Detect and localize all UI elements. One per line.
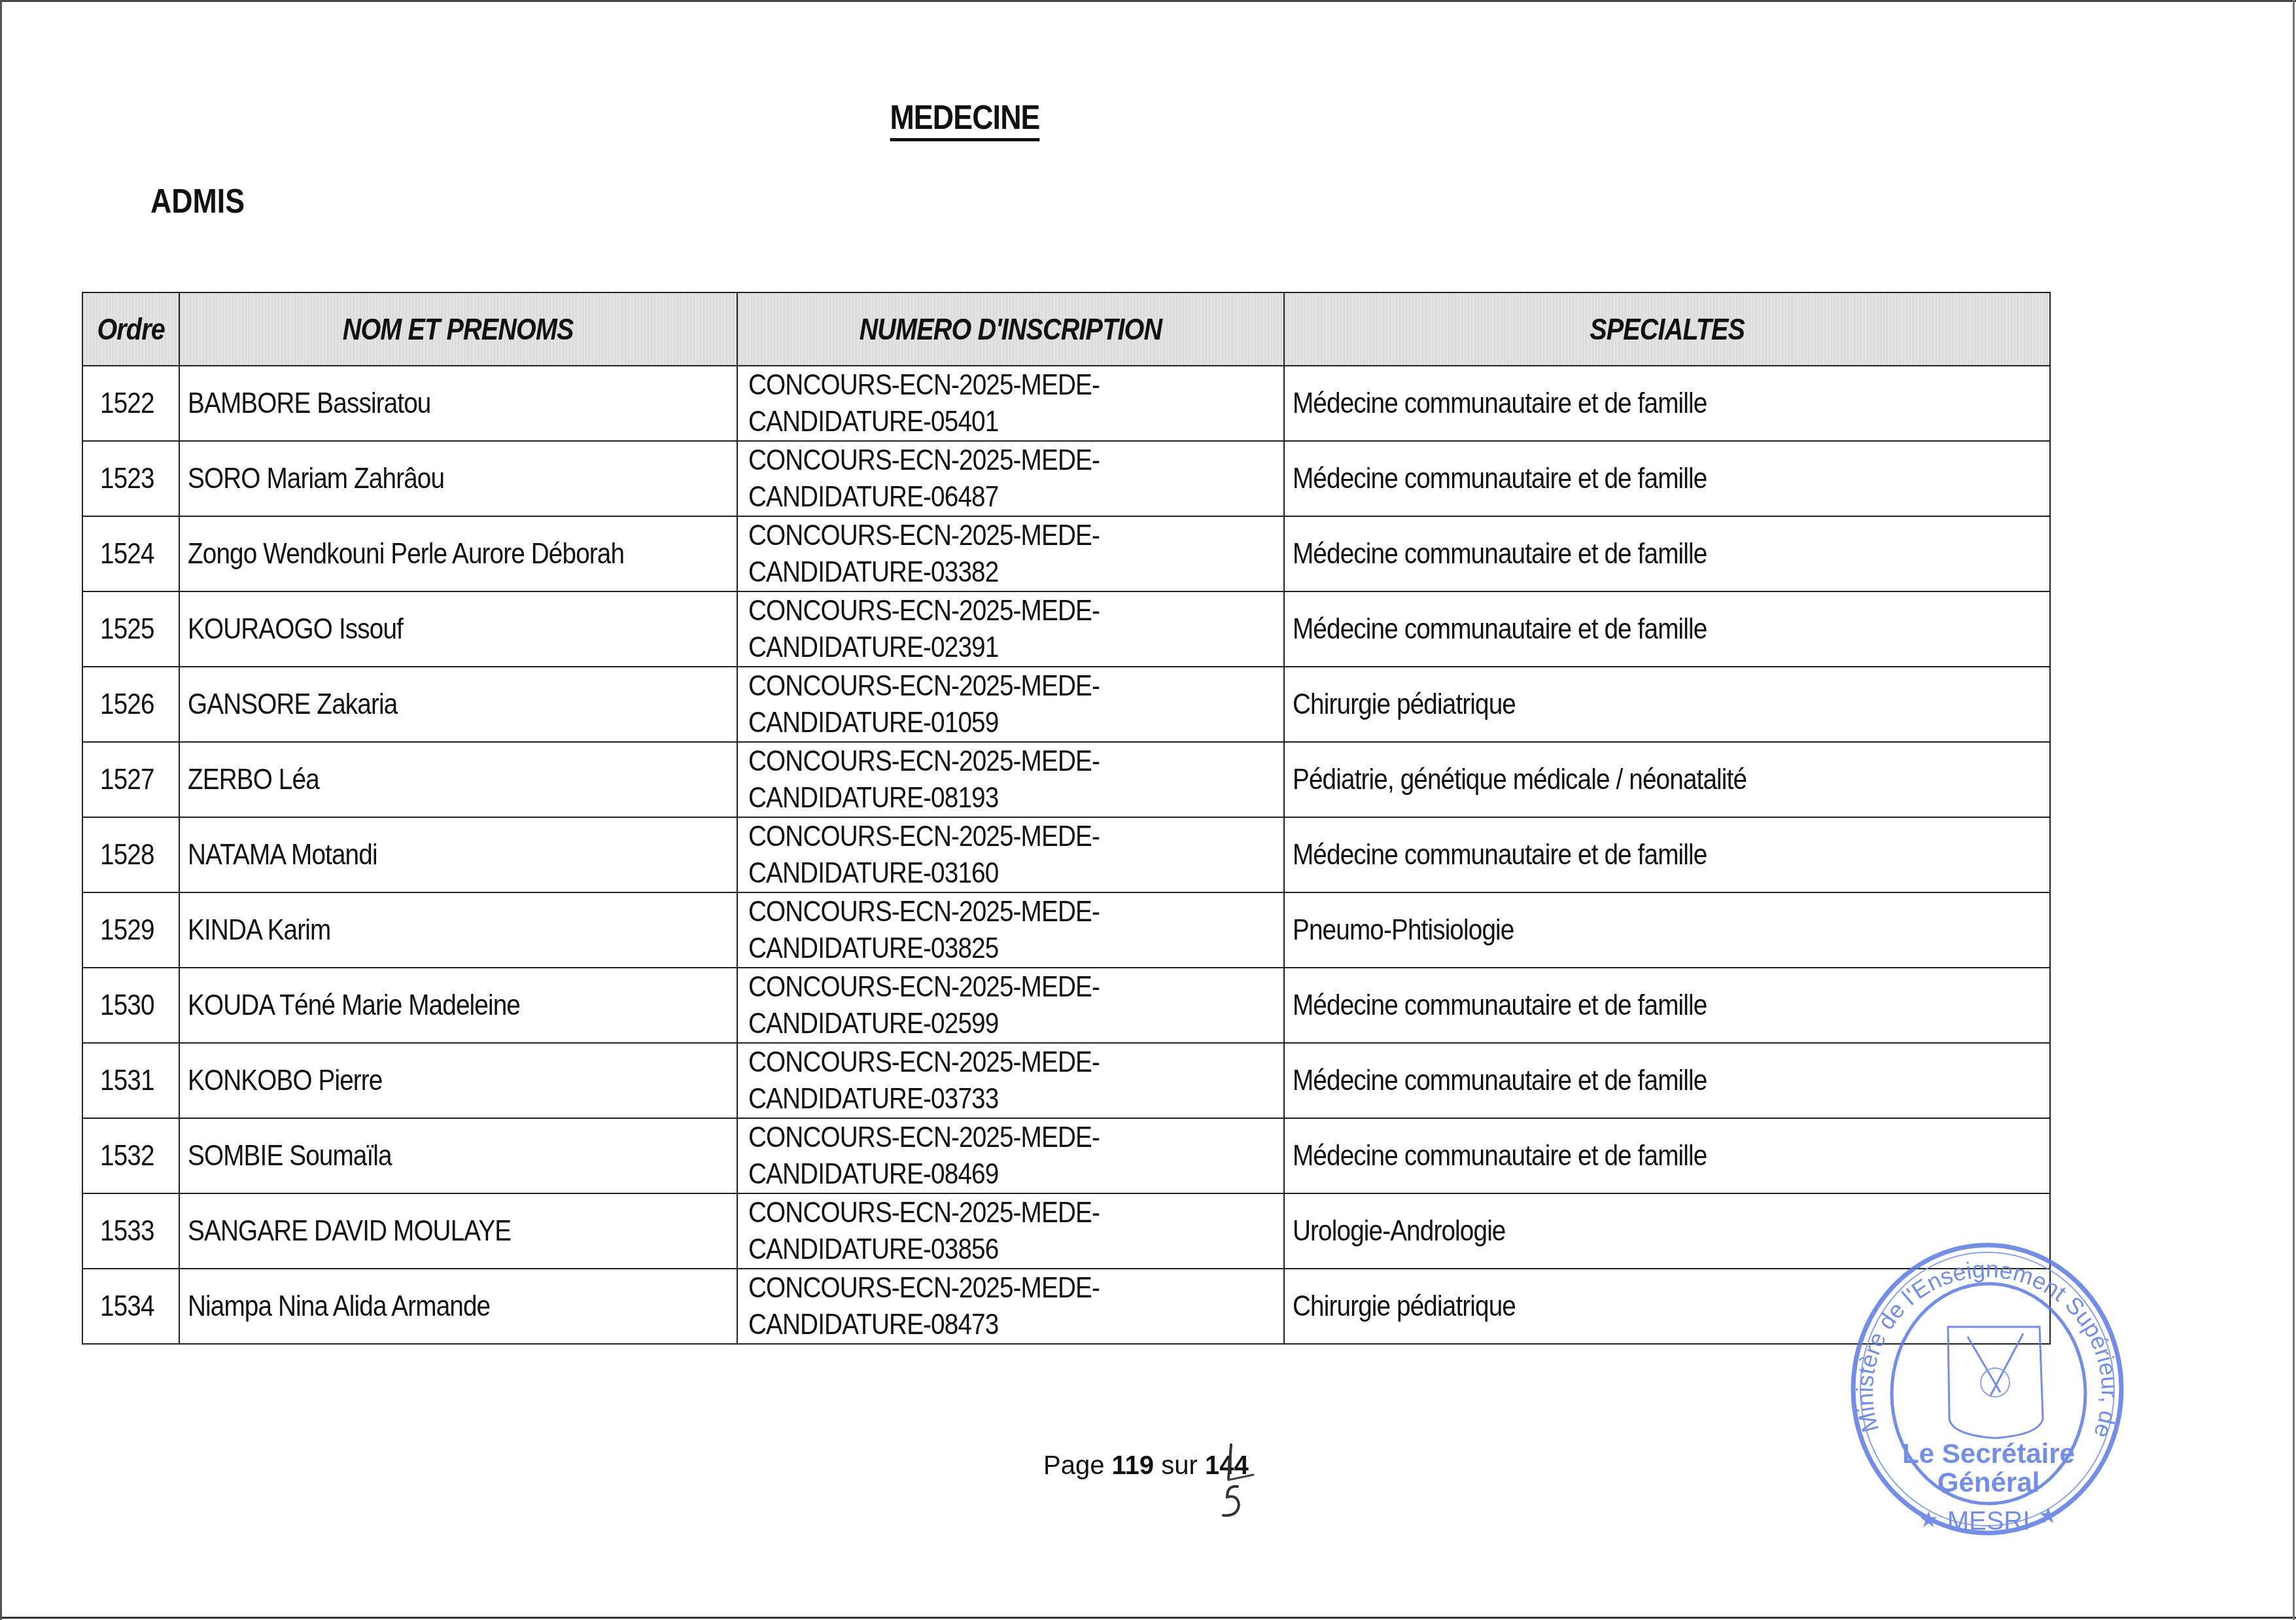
cell-ordre: 1526 — [82, 667, 179, 742]
table-row: 1531KONKOBO PierreCONCOURS-ECN-2025-MEDE… — [82, 1043, 2050, 1118]
cell-nom: Niampa Nina Alida Armande — [179, 1269, 737, 1344]
ordre-value: 1531 — [100, 1063, 154, 1099]
table-row: 1533SANGARE DAVID MOULAYECONCOURS-ECN-20… — [82, 1193, 2050, 1269]
registration-number-line1: CONCOURS-ECN-2025-MEDE- — [748, 593, 1100, 629]
cell-nom: SORO Mariam Zahrâou — [179, 441, 737, 516]
table-row: 1522BAMBORE BassiratouCONCOURS-ECN-2025-… — [82, 366, 2050, 441]
registration-number: CONCOURS-ECN-2025-MEDE-CANDIDATURE-01059 — [748, 668, 1100, 741]
ordre-value: 1530 — [100, 987, 154, 1024]
ordre-value: 1533 — [100, 1213, 154, 1250]
candidate-name: NATAMA Motandi — [188, 837, 377, 873]
candidate-name: Niampa Nina Alida Armande — [188, 1288, 490, 1325]
cell-numero: CONCOURS-ECN-2025-MEDE-CANDIDATURE-02391 — [737, 591, 1284, 667]
registration-number: CONCOURS-ECN-2025-MEDE-CANDIDATURE-03825 — [748, 894, 1100, 967]
header-numero-label: NUMERO D'INSCRIPTION — [860, 311, 1162, 347]
header-nom: NOM ET PRENOMS — [179, 292, 737, 366]
stamp-inner-line2: Général — [1938, 1467, 2040, 1498]
page-label: Page — [1043, 1451, 1104, 1480]
registration-number-line2: CANDIDATURE-08193 — [748, 780, 1100, 817]
registration-number-line2: CANDIDATURE-03825 — [748, 930, 1100, 967]
cell-ordre: 1524 — [82, 516, 179, 591]
registration-number-line1: CONCOURS-ECN-2025-MEDE- — [748, 668, 1100, 705]
stamp-inner-line1: Le Secrétaire — [1902, 1438, 2075, 1469]
cell-specialite: Médecine communautaire et de famille — [1284, 366, 2050, 441]
results-table: Ordre NOM ET PRENOMS NUMERO D'INSCRIPTIO… — [82, 292, 2051, 1345]
cell-specialite: Médecine communautaire et de famille — [1284, 516, 2050, 591]
section-title: ADMIS — [150, 182, 245, 221]
specialty: Médecine communautaire et de famille — [1293, 1063, 1707, 1099]
registration-number-line1: CONCOURS-ECN-2025-MEDE- — [748, 1119, 1100, 1156]
ordre-value: 1523 — [100, 461, 154, 497]
candidate-name: KOURAOGO Issouf — [188, 611, 403, 648]
table-row: 1525KOURAOGO IssoufCONCOURS-ECN-2025-MED… — [82, 591, 2050, 667]
registration-number: CONCOURS-ECN-2025-MEDE-CANDIDATURE-03160 — [748, 819, 1100, 892]
specialty: Chirurgie pédiatrique — [1293, 1288, 1516, 1325]
cell-nom: KOURAOGO Issouf — [179, 591, 737, 667]
candidate-name: SORO Mariam Zahrâou — [188, 461, 444, 497]
cell-nom: KOUDA Téné Marie Madeleine — [179, 968, 737, 1043]
cell-ordre: 1523 — [82, 441, 179, 516]
registration-number-line1: CONCOURS-ECN-2025-MEDE- — [748, 969, 1100, 1006]
table-row: 1526GANSORE ZakariaCONCOURS-ECN-2025-MED… — [82, 667, 2050, 742]
header-ordre: Ordre — [82, 292, 179, 366]
cell-ordre: 1532 — [82, 1118, 179, 1193]
specialty: Médecine communautaire et de famille — [1293, 536, 1707, 572]
cell-nom: KONKOBO Pierre — [179, 1043, 737, 1118]
table-row: 1530KOUDA Téné Marie MadeleineCONCOURS-E… — [82, 968, 2050, 1043]
document-title-text: MEDECINE — [890, 99, 1039, 141]
registration-number-line1: CONCOURS-ECN-2025-MEDE- — [748, 442, 1100, 479]
table-row: 1534Niampa Nina Alida ArmandeCONCOURS-EC… — [82, 1269, 2050, 1344]
specialty: Chirurgie pédiatrique — [1293, 686, 1516, 723]
cell-ordre: 1530 — [82, 968, 179, 1043]
candidate-name: KOUDA Téné Marie Madeleine — [188, 987, 520, 1024]
cell-nom: GANSORE Zakaria — [179, 667, 737, 742]
specialty: Urologie-Andrologie — [1293, 1213, 1506, 1250]
ordre-value: 1527 — [100, 762, 154, 798]
registration-number-line1: CONCOURS-ECN-2025-MEDE- — [748, 518, 1100, 554]
candidate-name: Zongo Wendkouni Perle Aurore Déborah — [188, 536, 624, 572]
table-row: 1528NATAMA MotandiCONCOURS-ECN-2025-MEDE… — [82, 817, 2050, 892]
cell-numero: CONCOURS-ECN-2025-MEDE-CANDIDATURE-08473 — [737, 1269, 1284, 1344]
official-stamp: Ministère de l'Enseignement Supérieur, d… — [1843, 1222, 2131, 1549]
registration-number: CONCOURS-ECN-2025-MEDE-CANDIDATURE-08469 — [748, 1119, 1100, 1193]
cell-numero: CONCOURS-ECN-2025-MEDE-CANDIDATURE-03382 — [737, 516, 1284, 591]
table-row: 1532SOMBIE SoumaïlaCONCOURS-ECN-2025-MED… — [82, 1118, 2050, 1193]
registration-number-line1: CONCOURS-ECN-2025-MEDE- — [748, 1270, 1100, 1307]
star-icon: ★ — [2038, 1504, 2058, 1528]
cell-specialite: Pneumo-Phtisiologie — [1284, 892, 2050, 968]
registration-number-line2: CANDIDATURE-03382 — [748, 554, 1100, 591]
registration-number-line2: CANDIDATURE-06487 — [748, 479, 1100, 516]
cell-nom: KINDA Karim — [179, 892, 737, 968]
registration-number-line1: CONCOURS-ECN-2025-MEDE- — [748, 819, 1100, 855]
registration-number-line2: CANDIDATURE-02391 — [748, 629, 1100, 666]
cell-specialite: Médecine communautaire et de famille — [1284, 1043, 2050, 1118]
candidate-name: SANGARE DAVID MOULAYE — [188, 1213, 511, 1250]
cell-numero: CONCOURS-ECN-2025-MEDE-CANDIDATURE-08469 — [737, 1118, 1284, 1193]
cell-numero: CONCOURS-ECN-2025-MEDE-CANDIDATURE-02599 — [737, 968, 1284, 1043]
cell-numero: CONCOURS-ECN-2025-MEDE-CANDIDATURE-03733 — [737, 1043, 1284, 1118]
document-title: MEDECINE — [135, 98, 1795, 137]
ordre-value: 1525 — [100, 611, 154, 648]
cell-numero: CONCOURS-ECN-2025-MEDE-CANDIDATURE-03160 — [737, 817, 1284, 892]
registration-number-line1: CONCOURS-ECN-2025-MEDE- — [748, 743, 1100, 780]
candidate-name: SOMBIE Soumaïla — [188, 1138, 392, 1174]
cell-numero: CONCOURS-ECN-2025-MEDE-CANDIDATURE-01059 — [737, 667, 1284, 742]
stamp-outer-text: Ministère de l'Enseignement Supérieur, d… — [1843, 1222, 2123, 1449]
cell-ordre: 1525 — [82, 591, 179, 667]
cell-numero: CONCOURS-ECN-2025-MEDE-CANDIDATURE-06487 — [737, 441, 1284, 516]
registration-number-line2: CANDIDATURE-03856 — [748, 1231, 1100, 1268]
registration-number: CONCOURS-ECN-2025-MEDE-CANDIDATURE-08473 — [748, 1270, 1100, 1343]
cell-numero: CONCOURS-ECN-2025-MEDE-CANDIDATURE-08193 — [737, 742, 1284, 817]
cell-ordre: 1534 — [82, 1269, 179, 1344]
specialty: Médecine communautaire et de famille — [1293, 987, 1707, 1024]
stamp-bottom-text: MESRI — [1947, 1507, 2030, 1536]
registration-number-line2: CANDIDATURE-03160 — [748, 855, 1100, 892]
cell-specialite: Médecine communautaire et de famille — [1284, 441, 2050, 516]
candidate-name: KINDA Karim — [188, 912, 330, 949]
handwritten-correction-mark — [1215, 1439, 1255, 1524]
ordre-value: 1524 — [100, 536, 154, 572]
specialty: Médecine communautaire et de famille — [1293, 837, 1707, 873]
cell-ordre: 1533 — [82, 1193, 179, 1269]
table-header-row: Ordre NOM ET PRENOMS NUMERO D'INSCRIPTIO… — [82, 292, 2050, 366]
cell-nom: SANGARE DAVID MOULAYE — [179, 1193, 737, 1269]
registration-number-line2: CANDIDATURE-03733 — [748, 1081, 1100, 1118]
registration-number-line2: CANDIDATURE-08469 — [748, 1156, 1100, 1193]
header-numero: NUMERO D'INSCRIPTION — [737, 292, 1284, 366]
header-specialite: SPECIALTES — [1284, 292, 2050, 366]
scan-border-right — [2293, 0, 2295, 1620]
specialty: Médecine communautaire et de famille — [1293, 611, 1707, 648]
cell-ordre: 1531 — [82, 1043, 179, 1118]
cell-specialite: Médecine communautaire et de famille — [1284, 817, 2050, 892]
cell-ordre: 1527 — [82, 742, 179, 817]
page-sep: sur — [1161, 1451, 1198, 1480]
registration-number: CONCOURS-ECN-2025-MEDE-CANDIDATURE-02391 — [748, 593, 1100, 666]
cell-specialite: Médecine communautaire et de famille — [1284, 1118, 2050, 1193]
ordre-value: 1528 — [100, 837, 154, 873]
cell-specialite: Médecine communautaire et de famille — [1284, 591, 2050, 667]
cell-nom: SOMBIE Soumaïla — [179, 1118, 737, 1193]
specialty: Pédiatrie, génétique médicale / néonatal… — [1293, 762, 1747, 798]
cell-nom: Zongo Wendkouni Perle Aurore Déborah — [179, 516, 737, 591]
table-row: 1529KINDA KarimCONCOURS-ECN-2025-MEDE-CA… — [82, 892, 2050, 968]
cell-ordre: 1529 — [82, 892, 179, 968]
registration-number-line2: CANDIDATURE-01059 — [748, 705, 1100, 741]
scan-border-top — [0, 0, 2296, 2]
candidate-name: ZERBO Léa — [188, 762, 319, 798]
cell-numero: CONCOURS-ECN-2025-MEDE-CANDIDATURE-05401 — [737, 366, 1284, 441]
candidate-name: KONKOBO Pierre — [188, 1063, 383, 1099]
specialty: Médecine communautaire et de famille — [1293, 385, 1707, 422]
registration-number-line2: CANDIDATURE-05401 — [748, 404, 1100, 440]
cell-specialite: Pédiatrie, génétique médicale / néonatal… — [1284, 742, 2050, 817]
table-row: 1524Zongo Wendkouni Perle Aurore Déborah… — [82, 516, 2050, 591]
cell-numero: CONCOURS-ECN-2025-MEDE-CANDIDATURE-03856 — [737, 1193, 1284, 1269]
cell-nom: NATAMA Motandi — [179, 817, 737, 892]
header-nom-label: NOM ET PRENOMS — [343, 311, 574, 347]
star-icon: ★ — [1919, 1507, 1938, 1532]
registration-number-line1: CONCOURS-ECN-2025-MEDE- — [748, 1044, 1100, 1081]
ordre-value: 1522 — [100, 385, 154, 422]
specialty: Pneumo-Phtisiologie — [1293, 912, 1514, 949]
table-row: 1527ZERBO LéaCONCOURS-ECN-2025-MEDE-CAND… — [82, 742, 2050, 817]
scan-border-bottom — [0, 1617, 2296, 1619]
registration-number: CONCOURS-ECN-2025-MEDE-CANDIDATURE-03856 — [748, 1195, 1100, 1268]
ordre-value: 1532 — [100, 1138, 154, 1174]
header-ordre-label: Ordre — [97, 311, 164, 347]
registration-number: CONCOURS-ECN-2025-MEDE-CANDIDATURE-03382 — [748, 518, 1100, 591]
specialty: Médecine communautaire et de famille — [1293, 461, 1707, 497]
scan-border-left — [0, 0, 2, 1620]
candidate-name: GANSORE Zakaria — [188, 686, 397, 723]
ordre-value: 1529 — [100, 912, 154, 949]
page-current: 119 — [1112, 1451, 1155, 1480]
ordre-value: 1526 — [100, 686, 154, 723]
registration-number: CONCOURS-ECN-2025-MEDE-CANDIDATURE-02599 — [748, 969, 1100, 1042]
cell-nom: BAMBORE Bassiratou — [179, 366, 737, 441]
header-specialite-label: SPECIALTES — [1590, 311, 1745, 347]
ordre-value: 1534 — [100, 1288, 154, 1325]
registration-number-line2: CANDIDATURE-08473 — [748, 1307, 1100, 1343]
registration-number: CONCOURS-ECN-2025-MEDE-CANDIDATURE-05401 — [748, 367, 1100, 440]
cell-specialite: Médecine communautaire et de famille — [1284, 968, 2050, 1043]
cell-ordre: 1528 — [82, 817, 179, 892]
candidate-name: BAMBORE Bassiratou — [188, 385, 430, 422]
registration-number: CONCOURS-ECN-2025-MEDE-CANDIDATURE-08193 — [748, 743, 1100, 817]
cell-numero: CONCOURS-ECN-2025-MEDE-CANDIDATURE-03825 — [737, 892, 1284, 968]
cell-ordre: 1522 — [82, 366, 179, 441]
specialty: Médecine communautaire et de famille — [1293, 1138, 1707, 1174]
cell-specialite: Chirurgie pédiatrique — [1284, 667, 2050, 742]
registration-number-line1: CONCOURS-ECN-2025-MEDE- — [748, 894, 1100, 930]
cell-nom: ZERBO Léa — [179, 742, 737, 817]
registration-number-line1: CONCOURS-ECN-2025-MEDE- — [748, 367, 1100, 404]
registration-number: CONCOURS-ECN-2025-MEDE-CANDIDATURE-06487 — [748, 442, 1100, 516]
registration-number-line1: CONCOURS-ECN-2025-MEDE- — [748, 1195, 1100, 1231]
table-row: 1523SORO Mariam ZahrâouCONCOURS-ECN-2025… — [82, 441, 2050, 516]
registration-number: CONCOURS-ECN-2025-MEDE-CANDIDATURE-03733 — [748, 1044, 1100, 1118]
registration-number-line2: CANDIDATURE-02599 — [748, 1006, 1100, 1042]
